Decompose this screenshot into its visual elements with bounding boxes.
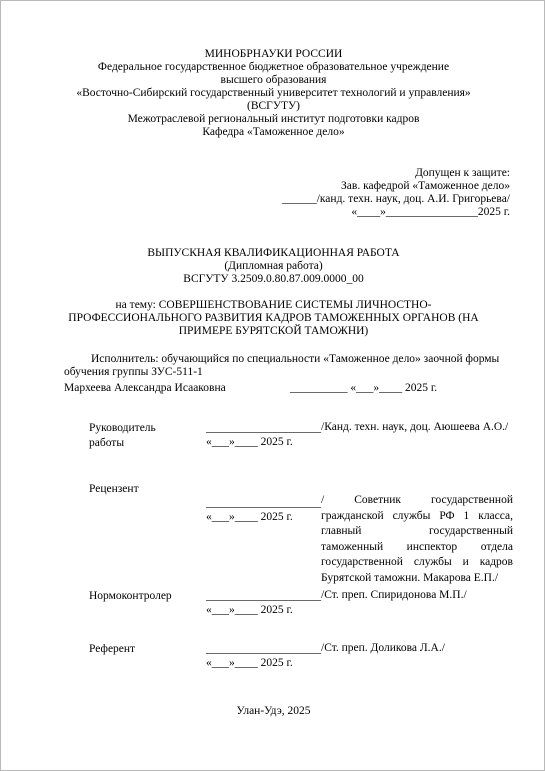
work-subtitle: (Дипломная работа) [31,260,516,273]
referent-label: Референт [89,642,179,657]
university-name: «Восточно-Сибирский государственный унив… [31,87,516,100]
referent-signature-line: ____________________ [206,642,324,656]
supervisor-name: /Канд. техн. наук, доц. Аюшеева А.О./ [321,421,516,434]
executor-block: Исполнитель: обучающийся по специальност… [64,353,513,396]
referent-name: /Ст. преп. Доликова Л.А./ [321,642,516,655]
reviewer-name-line-4: таможенный инспектор отдела [321,540,513,556]
supervisor-label: Руководитель работы [89,421,179,451]
reviewer-label: Рецензент [89,482,179,497]
institution-line-2: высшего образования [31,74,516,87]
norm-controller-signature-line: ____________________ [206,589,324,603]
reviewer-name-line-1: / Советник государственной [321,493,513,509]
supervisor-signature-line: ____________________ [206,421,324,435]
topic-line-2: ПРОФЕССИОНАЛЬНОГО РАЗВИТИЯ КАДРОВ ТАМОЖЕ… [39,312,508,325]
department-name: Кафедра «Таможенное дело» [31,126,516,139]
ministry-line: МИНОБРНАУКИ РОССИИ [31,48,516,61]
approval-line-1: Допущен к защите: [190,167,510,180]
executor-signature-date: __________ «___»____ 2025 г. [290,382,437,395]
norm-controller-date-line: «___»____ 2025 г. [206,603,324,617]
reviewer-name-line-3: главный государственный [321,524,513,540]
document-header: МИНОБРНАУКИ РОССИИ Федеральное государст… [31,48,516,139]
reviewer-signature-area: ____________________ «___»____ 2025 г. [206,496,324,524]
reviewer-date-line: «___»____ 2025 г. [206,510,324,524]
referent-signature-area: ____________________ «___»____ 2025 г. [206,642,324,670]
institute-name: Межотраслевой региональный институт подг… [31,113,516,126]
work-code: ВСГУТУ 3.2509.0.80.87.009.0000_00 [31,273,516,286]
topic-line-3: ПРИМЕРЕ БУРЯТСКОЙ ТАМОЖНИ) [39,325,508,338]
supervisor-date-line: «___»____ 2025 г. [206,435,324,449]
reviewer-name-line-5: государственной службы и кадров [321,555,513,571]
norm-controller-label: Нормоконтролер [89,589,179,604]
university-abbreviation: (ВСГУТУ) [31,100,516,113]
document-page: МИНОБРНАУКИ РОССИИ Федеральное государст… [0,0,545,771]
work-title: ВЫПУСКНАЯ КВАЛИФИКАЦИОННАЯ РАБОТА [31,247,516,260]
reviewer-name: / Советник государственной гражданской с… [321,493,513,586]
approval-line-2: Зав. кафедрой «Таможенное дело» [190,180,510,193]
executor-signature-row: Мархеева Александра Исааковна __________… [64,382,513,396]
reviewer-signature-line: ____________________ [206,496,324,510]
approval-date-line: «____»________________2025 г. [190,206,510,219]
executor-name: Мархеева Александра Исааковна [64,382,226,395]
institution-line-1: Федеральное государственное бюджетное об… [31,61,516,74]
topic-block: на тему: СОВЕРШЕНСТВОВАНИЕ СИСТЕМЫ ЛИЧНО… [39,299,508,338]
approval-signature-line: ______/канд. техн. наук, доц. А.И. Григо… [190,193,510,206]
reviewer-name-line-6: Бурятской таможни. Макарова Е.П./ [321,571,513,587]
city-year-footer: Улан-Удэ, 2025 [31,705,516,718]
reviewer-name-line-2: гражданской службы РФ 1 класса, [321,509,513,525]
executor-line-2: обучения группы ЗУС-511-1 [64,366,513,379]
city-year: Улан-Удэ, 2025 [31,705,516,718]
referent-date-line: «___»____ 2025 г. [206,656,324,670]
approval-block: Допущен к защите: Зав. кафедрой «Таможен… [190,167,510,219]
work-title-block: ВЫПУСКНАЯ КВАЛИФИКАЦИОННАЯ РАБОТА (Дипло… [31,247,516,286]
supervisor-signature-area: ____________________ «___»____ 2025 г. [206,421,324,449]
topic-line-1: на тему: СОВЕРШЕНСТВОВАНИЕ СИСТЕМЫ ЛИЧНО… [39,299,508,312]
executor-line-1: Исполнитель: обучающийся по специальност… [64,353,513,366]
norm-controller-name: /Ст. преп. Спиридонова М.П./ [321,589,516,602]
norm-controller-signature-area: ____________________ «___»____ 2025 г. [206,589,324,617]
